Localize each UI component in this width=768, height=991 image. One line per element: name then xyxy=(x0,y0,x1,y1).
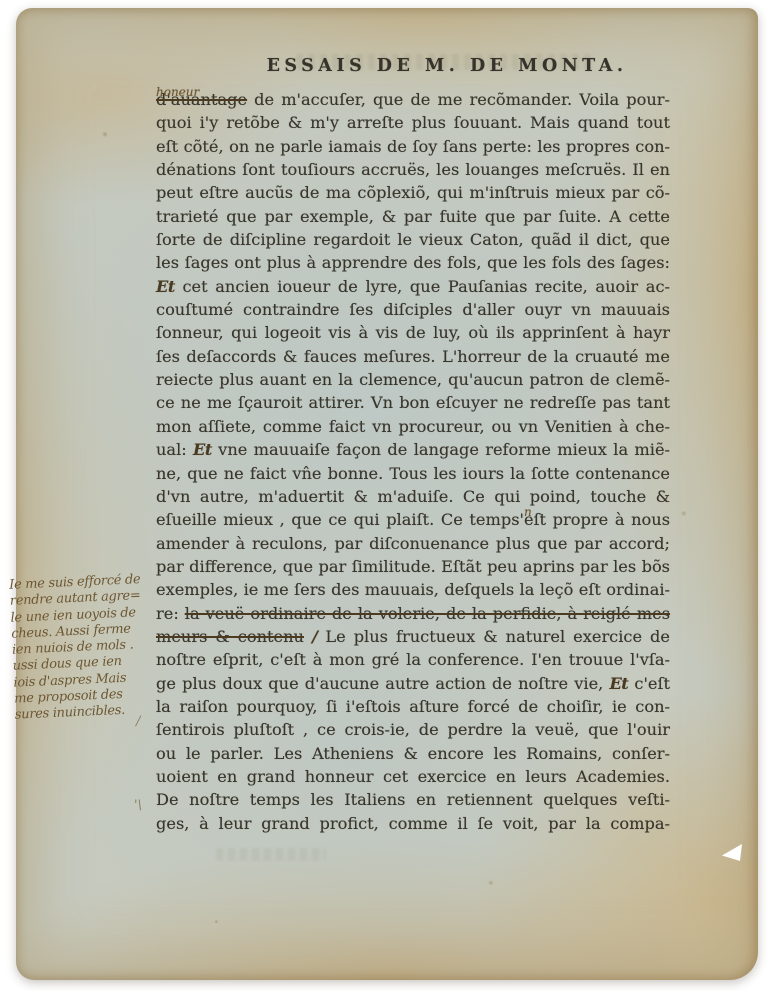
body-line: ſonneur, qui logeoit vis à vis de luy, o… xyxy=(156,321,670,344)
body-line: peut eſtre aucũs de ma cõplexiõ, qui m'i… xyxy=(156,181,670,204)
printed-text: eſt cõté, on ne parle iamais de ſoy ſans… xyxy=(156,137,670,156)
printed-text: d'vn autre, m'aduertit & m'aduiſe. Ce qu… xyxy=(156,487,670,506)
pen-mark: '\ xyxy=(134,798,142,813)
body-line: exemples, ie me ſers des mauuais, deſque… xyxy=(156,578,670,601)
printed-text: ſes deſaccords & fauces meſures. L'horre… xyxy=(156,347,670,366)
handwritten-correction: / xyxy=(304,627,325,646)
printed-text: c'eſt xyxy=(628,674,670,693)
body-line: les ſages ont plus à apprendre des fols,… xyxy=(156,251,670,274)
body-line: ce ne me ſçauroit attirer. Vn bon eſcuye… xyxy=(156,391,670,414)
paper-hole xyxy=(722,844,742,861)
body-line: ual: Et vne mauuaiſe façon de langage re… xyxy=(156,438,670,461)
printed-text: vne mauuaiſe façon de langage reforme mi… xyxy=(212,440,670,459)
printed-text: ne, que ne faict vn̂e bonne. Tous les io… xyxy=(156,464,670,483)
body-line: ge plus doux que d'aucune autre action d… xyxy=(156,672,670,695)
body-line: ou le parler. Les Atheniens & encore les… xyxy=(156,742,670,765)
printed-text: amender à reculons, par diſconuenance pl… xyxy=(156,534,670,553)
body-line: trarieté que par exemple, & par fuite qu… xyxy=(156,205,670,228)
printed-text: reiecte plus auant en la clemence, qu'au… xyxy=(156,370,670,389)
printed-text: uoient en grand honneur cet exercice en … xyxy=(156,767,670,786)
printed-text: de m'accuſer, que de me recõmander. Voil… xyxy=(247,90,670,109)
body-line: ſentirois pluſtoſt , ce crois-ie, de per… xyxy=(156,718,670,741)
ink-bleed-smudge xyxy=(216,848,326,861)
body-line: dénations ſont touſiours accruës, les lo… xyxy=(156,158,670,181)
handwritten-correction: Et xyxy=(609,674,628,693)
scanned-page-photo: ESSAIS DE M. DE MONTA. honeurd'auantage … xyxy=(0,0,768,991)
printed-text: De noſtre temps les Italiens en retienne… xyxy=(156,790,670,809)
printed-text: ſentirois pluſtoſt , ce crois-ie, de per… xyxy=(156,720,670,739)
body-line: meurs & contenu / Le plus fructueux & na… xyxy=(156,625,670,648)
body-line: De noſtre temps les Italiens en retienne… xyxy=(156,788,670,811)
printed-text: quoi i'y retõbe & m'y arreſte plus ſouua… xyxy=(156,113,670,132)
printed-text: Le plus fructueux & naturel exercice de xyxy=(325,627,670,646)
handwritten-correction: Et xyxy=(193,440,212,459)
body-line: noſtre eſprit, c'eſt à mon gré la confer… xyxy=(156,648,670,671)
body-line: ſes deſaccords & fauces meſures. L'horre… xyxy=(156,345,670,368)
printed-text: exemples, ie me ſers des mauuais, deſque… xyxy=(156,580,670,599)
body-line: eſt cõté, on ne parle iamais de ſoy ſans… xyxy=(156,135,670,158)
body-line: la raiſon pourquoy, ſi i'eſtois aſture f… xyxy=(156,695,670,718)
margin-annotation: Ie me suis efforcé derendre autant agre=… xyxy=(9,570,185,724)
printed-text: les ſages ont plus à apprendre des fols,… xyxy=(156,253,670,272)
body-line: re: la veuë ordinaire de la volerie, de … xyxy=(156,602,670,625)
body-line: ges, à leur grand profict, comme il ſe v… xyxy=(156,812,670,835)
printed-text: ual: xyxy=(156,440,193,459)
printed-text: peut eſtre aucũs de ma cõplexiõ, qui m'i… xyxy=(156,183,670,202)
printed-text: ſonneur, qui logeoit vis à vis de luy, o… xyxy=(156,323,670,342)
printed-text: ou le parler. Les Atheniens & encore les… xyxy=(156,744,670,763)
printed-text: noſtre eſprit, c'eſt à mon gré la confer… xyxy=(156,650,670,669)
book-page: ESSAIS DE M. DE MONTA. honeurd'auantage … xyxy=(16,8,758,980)
printed-text: ſorte de diſcipline regardoit le vieux C… xyxy=(156,230,670,249)
printed-text: la raiſon pourquoy, ſi i'eſtois aſture f… xyxy=(156,697,670,716)
running-title: ESSAIS DE M. DE MONTA. xyxy=(147,56,747,76)
printed-text: ce ne me ſçauroit attirer. Vn bon eſcuye… xyxy=(156,393,670,412)
text-block: honeurd'auantage de m'accuſer, que de me… xyxy=(156,88,670,835)
body-line: ſorte de diſcipline regardoit le vieux C… xyxy=(156,228,670,251)
body-line: ne, que ne faict vn̂e bonne. Tous les io… xyxy=(156,462,670,485)
printed-text: dénations ſont touſiours accruës, les lo… xyxy=(156,160,670,179)
printed-text: cet ancien ioueur de lyre, que Pauſanias… xyxy=(175,277,670,296)
body-line: reiecte plus auant en la clemence, qu'au… xyxy=(156,368,670,391)
printed-text: mon aſſiete, comme faict vn procureur, o… xyxy=(156,417,670,436)
printed-text: ge plus doux que d'aucune autre action d… xyxy=(156,674,609,693)
body-line: honeurd'auantage de m'accuſer, que de me… xyxy=(156,88,670,111)
pen-mark: / xyxy=(136,714,140,729)
printed-text: par difference, que par ſimilitude. Eſtã… xyxy=(156,557,670,576)
body-line: amender à reculons, par diſconuenance pl… xyxy=(156,532,670,555)
printed-text: trarieté que par exemple, & par fuite qu… xyxy=(156,207,670,226)
body-line: quoi i'y retõbe & m'y arreſte plus ſouua… xyxy=(156,111,670,134)
body-line: Et cet ancien ioueur de lyre, que Pauſan… xyxy=(156,275,670,298)
printed-text: ges, à leur grand profict, comme il ſe v… xyxy=(156,814,670,833)
handwritten-correction: Et xyxy=(156,277,175,296)
body-line: uoient en grand honneur cet exercice en … xyxy=(156,765,670,788)
body-line: couſtumé contraindre ſes diſciples d'all… xyxy=(156,298,670,321)
struck-through-text: la veuë ordinaire de la volerie, de la p… xyxy=(185,604,670,623)
printed-text: eſueille mieux , que ce qui plaiſt. Ce t… xyxy=(156,510,524,529)
printed-text: eſt propre à nous xyxy=(524,510,670,529)
body-line: d'vn autre, m'aduertit & m'aduiſe. Ce qu… xyxy=(156,485,670,508)
body-line: mon aſſiete, comme faict vn procureur, o… xyxy=(156,415,670,438)
body-line: par difference, que par ſimilitude. Eſtã… xyxy=(156,555,670,578)
body-line: eſueille mieux , que ce qui plaiſt. Ce t… xyxy=(156,508,670,531)
printed-text: couſtumé contraindre ſes diſciples d'all… xyxy=(156,300,670,319)
